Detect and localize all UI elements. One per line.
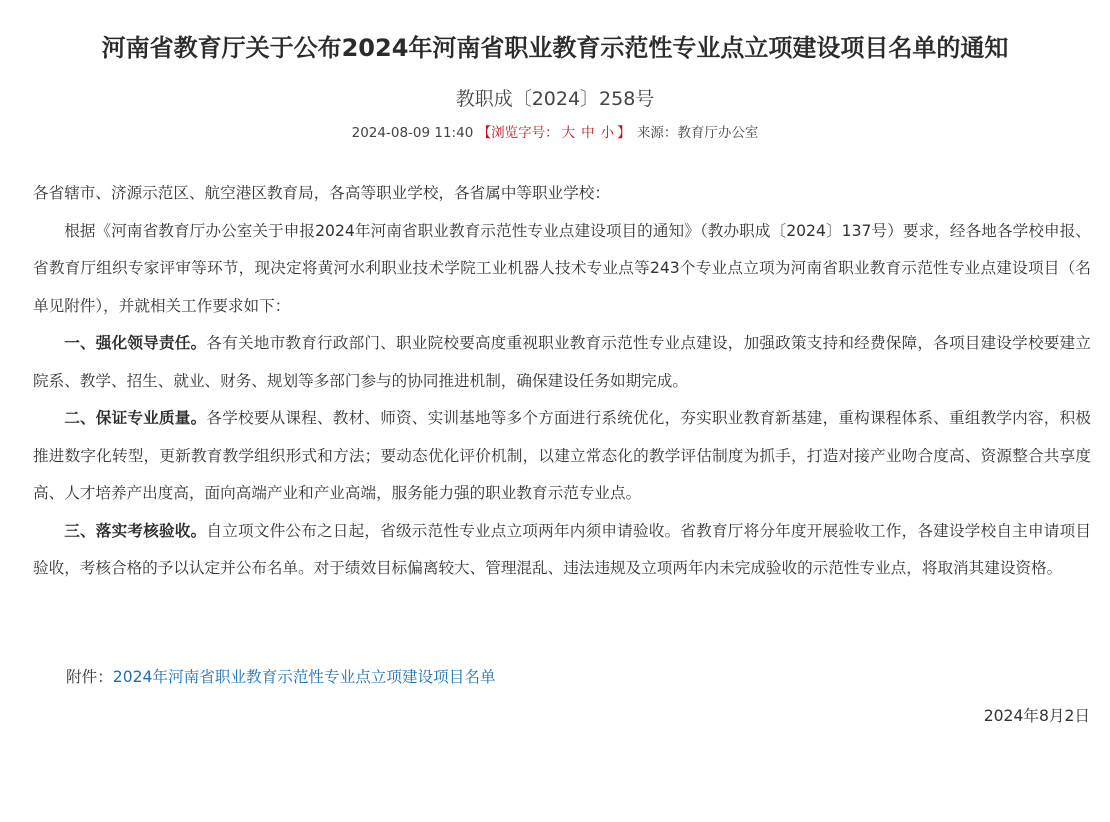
article: 河南省教育厅关于公布2024年河南省职业教育示范性专业点立项建设项目名单的通知 … [0,0,1110,822]
font-size-medium-button[interactable]: 中 [581,125,595,141]
intro-paragraph: 根据《河南省教育厅办公室关于申报2024年河南省职业教育示范性专业点建设项目的通… [33,213,1091,326]
font-size-large-button[interactable]: 大 [562,125,576,141]
document-number: 教职成〔2024〕258号 [0,84,1110,114]
publish-datetime: 2024-08-09 11:40 [352,125,474,141]
section-paragraph-3: 三、落实考核验收。自立项文件公布之日起，省级示范性专业点立项两年内须申请验收。省… [33,513,1091,588]
font-size-close-bracket: 】 [617,125,631,141]
attachment-label: 附件： [66,668,113,686]
source-label: 来源： [637,125,678,141]
attachment-link[interactable]: 2024年河南省职业教育示范性专业点立项建设项目名单 [113,668,496,686]
section-paragraph-2: 二、保证专业质量。各学校要从课程、教材、师资、实训基地等多个方面进行系统优化，夯… [33,400,1091,513]
article-meta: 2024-08-09 11:40 【浏览字号：大中小】 来源：教育厅办公室 [0,122,1110,144]
font-size-small-button[interactable]: 小 [601,125,615,141]
sign-date: 2024年8月2日 [984,701,1090,731]
section-paragraph-1: 一、强化领导责任。各有关地市教育行政部门、职业院校要高度重视职业教育示范性专业点… [33,325,1091,400]
attachment: 附件：2024年河南省职业教育示范性专业点立项建设项目名单 [66,662,496,692]
section-heading-1: 一、强化领导责任。 [64,334,206,352]
section-heading-3: 三、落实考核验收。 [64,522,206,540]
font-size-control: 【浏览字号：大中小】 [478,125,635,141]
article-body: 各省辖市、济源示范区、航空港区教育局，各高等职业学校，各省属中等职业学校： 根据… [33,175,1091,588]
source-value: 教育厅办公室 [677,125,758,141]
font-size-label: 【浏览字号： [478,125,559,141]
salutation: 各省辖市、济源示范区、航空港区教育局，各高等职业学校，各省属中等职业学校： [33,175,1091,213]
page-title: 河南省教育厅关于公布2024年河南省职业教育示范性专业点立项建设项目名单的通知 [0,30,1110,66]
section-heading-2: 二、保证专业质量。 [64,409,206,427]
